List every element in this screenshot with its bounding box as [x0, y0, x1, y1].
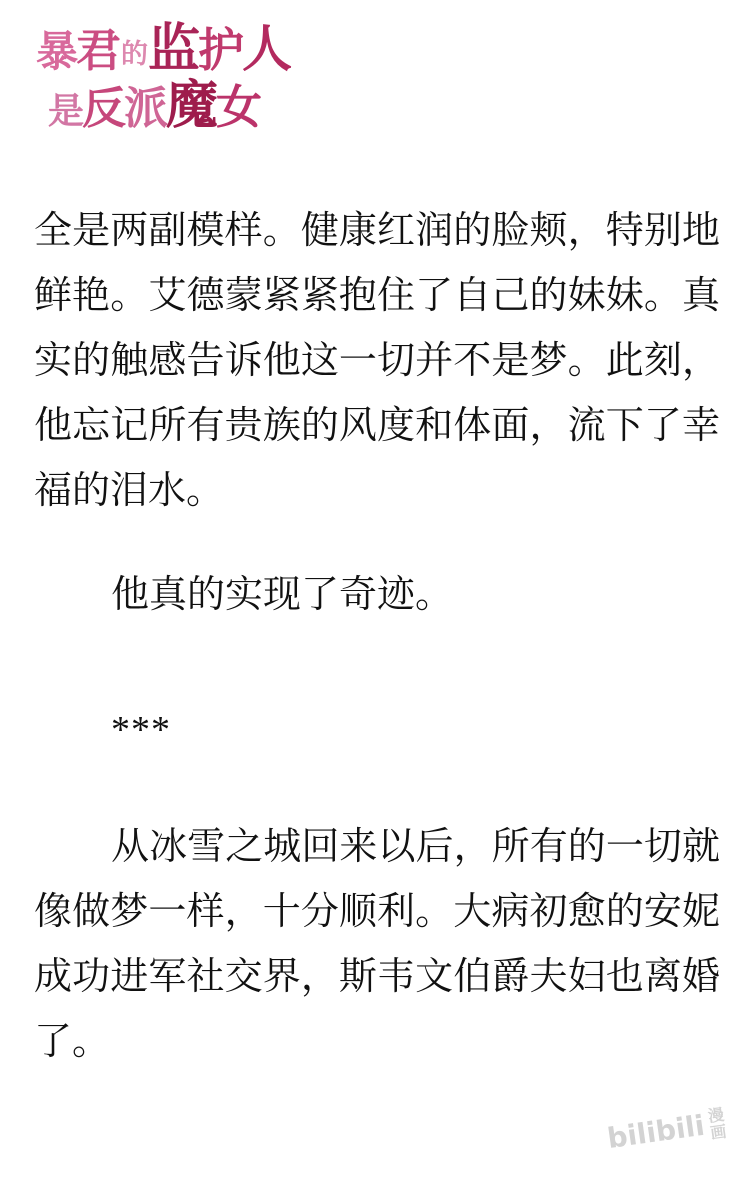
scene-divider: ***: [34, 698, 720, 763]
manhua-label: 漫 画: [707, 1106, 728, 1142]
logo-char: 女: [216, 83, 260, 133]
manhua-label-char: 画: [709, 1123, 727, 1142]
logo-line-1: 暴君的监护人: [36, 16, 290, 82]
novel-paragraph: 全是两副模样。健康红润的脸颊，特别地鲜艳。艾德蒙紧紧抱住了自己的妹妹。真实的触感…: [34, 199, 720, 524]
logo-line-2: 是反派魔女: [36, 82, 290, 136]
logo-char: 君: [76, 18, 119, 84]
logo-char: 是: [48, 86, 82, 136]
series-title-logo: 暴君的监护人 是反派魔女: [36, 16, 290, 136]
logo-char: 人: [242, 16, 290, 82]
logo-char: 的: [119, 21, 148, 87]
logo-char: 反: [82, 84, 124, 134]
logo-char: 魔: [166, 82, 216, 132]
novel-text-block: 全是两副模样。健康红润的脸颊，特别地鲜艳。艾德蒙紧紧抱住了自己的妹妹。真实的触感…: [34, 199, 720, 1075]
novel-paragraph: 从冰雪之城回来以后，所有的一切就像做梦一样，十分顺利。大病初愈的安妮成功进军社交…: [34, 815, 720, 1075]
bilibili-watermark: bilibili 漫 画: [605, 1106, 727, 1156]
bilibili-logo-text: bilibili: [606, 1112, 707, 1153]
novel-reader-page[interactable]: 暴君的监护人 是反派魔女 全是两副模样。健康红润的脸颊，特别地鲜艳。艾德蒙紧紧抱…: [0, 0, 753, 1191]
logo-char: 监: [148, 17, 198, 83]
logo-char: 护: [198, 18, 242, 84]
logo-char: 暴: [36, 20, 76, 86]
novel-paragraph: 他真的实现了奇迹。: [34, 563, 720, 628]
logo-char: 派: [124, 84, 166, 134]
